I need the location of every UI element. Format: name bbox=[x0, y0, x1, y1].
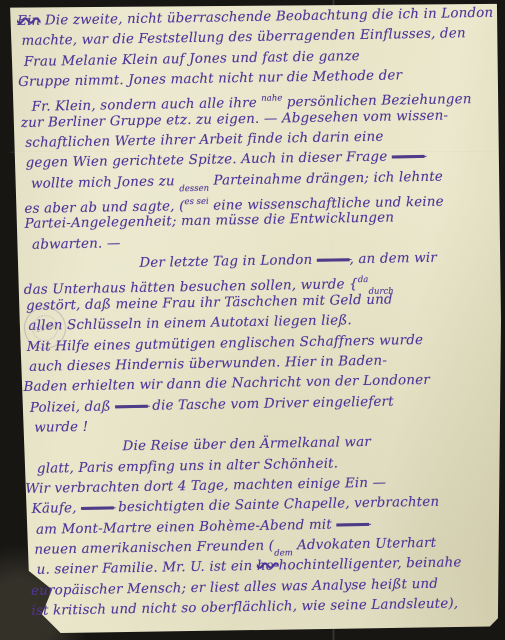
handwritten-text: besichtigten die Sainte Chapelle, verbra… bbox=[114, 495, 440, 516]
handwritten-text: gegen Wien gerichtete Spitze. Auch in di… bbox=[26, 150, 392, 171]
handwritten-text: schaftlichen Werte ihrer Arbeit finde ic… bbox=[25, 130, 384, 151]
inserted-text: da bbox=[358, 275, 369, 285]
handwritten-text: Käufe, bbox=[32, 501, 82, 517]
handwritten-text: gestört, daß meine Frau ihr Täschchen mi… bbox=[26, 292, 393, 313]
handwritten-text: allen Schlüsseln in einem Autotaxi liege… bbox=[28, 313, 352, 334]
handwritten-text: Frau Melanie Klein auf Jones und fast di… bbox=[24, 49, 360, 70]
handwritten-text: Parteinahme drängen; ich lehnte bbox=[209, 169, 443, 188]
handwritten-text: , an dem wir bbox=[349, 251, 437, 268]
handwritten-text: ist kritisch und nicht so oberflächlich,… bbox=[31, 596, 458, 618]
handwritten-text: neuen amerikanischen Freunden ( bbox=[34, 539, 274, 558]
handwritten-text-block: Ein Die zweite, nicht überraschende Beob… bbox=[17, 4, 502, 622]
handwritten-text: auch dieses Hindernis überwunden. Hier i… bbox=[29, 353, 387, 374]
inserted-text: nahe bbox=[261, 94, 282, 104]
crossed-out-text: ——— bbox=[317, 252, 350, 268]
handwritten-text: Polizei, daß bbox=[30, 399, 115, 415]
crossed-out-text: ——— bbox=[336, 517, 369, 533]
handwritten-text: Die Reise über den Ärmelkanal war bbox=[122, 435, 371, 454]
inserted-text: es sei bbox=[184, 197, 208, 207]
handwritten-text: hochintelligenter, beinahe bbox=[279, 556, 462, 574]
handwritten-text: glatt, Paris empfing uns in alter Schönh… bbox=[37, 456, 338, 476]
handwritten-text: Partei-Angelegenheit; man müsse die Entw… bbox=[25, 211, 395, 232]
handwritten-text: wurde ! bbox=[34, 420, 88, 436]
crossed-out-text: ho- bbox=[257, 559, 279, 574]
crossed-out-text: Ein bbox=[17, 14, 41, 29]
handwritten-text: am Mont-Martre einen Bohème-Abend mit bbox=[36, 517, 337, 537]
handwritten-text: u. seiner Familie. Mr. U. ist ein bbox=[37, 559, 257, 578]
handwritten-text: Wir verbrachten dort 4 Tage, machten ein… bbox=[25, 476, 386, 497]
scanned-manuscript-page: 1939 Ein Die zweite, nicht überraschende… bbox=[0, 0, 505, 640]
handwritten-text: die Tasche vom Driver eingeliefert bbox=[148, 394, 394, 413]
handwritten-text: abwarten. — bbox=[32, 236, 121, 253]
handwritten-text: Der letzte Tag in London bbox=[139, 253, 317, 271]
crossed-out-text: ——— bbox=[392, 149, 425, 165]
handwritten-text: wollte mich Jones zu bbox=[31, 174, 180, 192]
handwritten-text: Baden erhielten wir dann die Nachricht v… bbox=[23, 373, 430, 395]
crossed-out-text: ——— bbox=[115, 398, 148, 414]
crossed-out-text: ——— bbox=[81, 501, 114, 517]
handwritten-text: Advokaten Uterhart bbox=[293, 536, 437, 554]
